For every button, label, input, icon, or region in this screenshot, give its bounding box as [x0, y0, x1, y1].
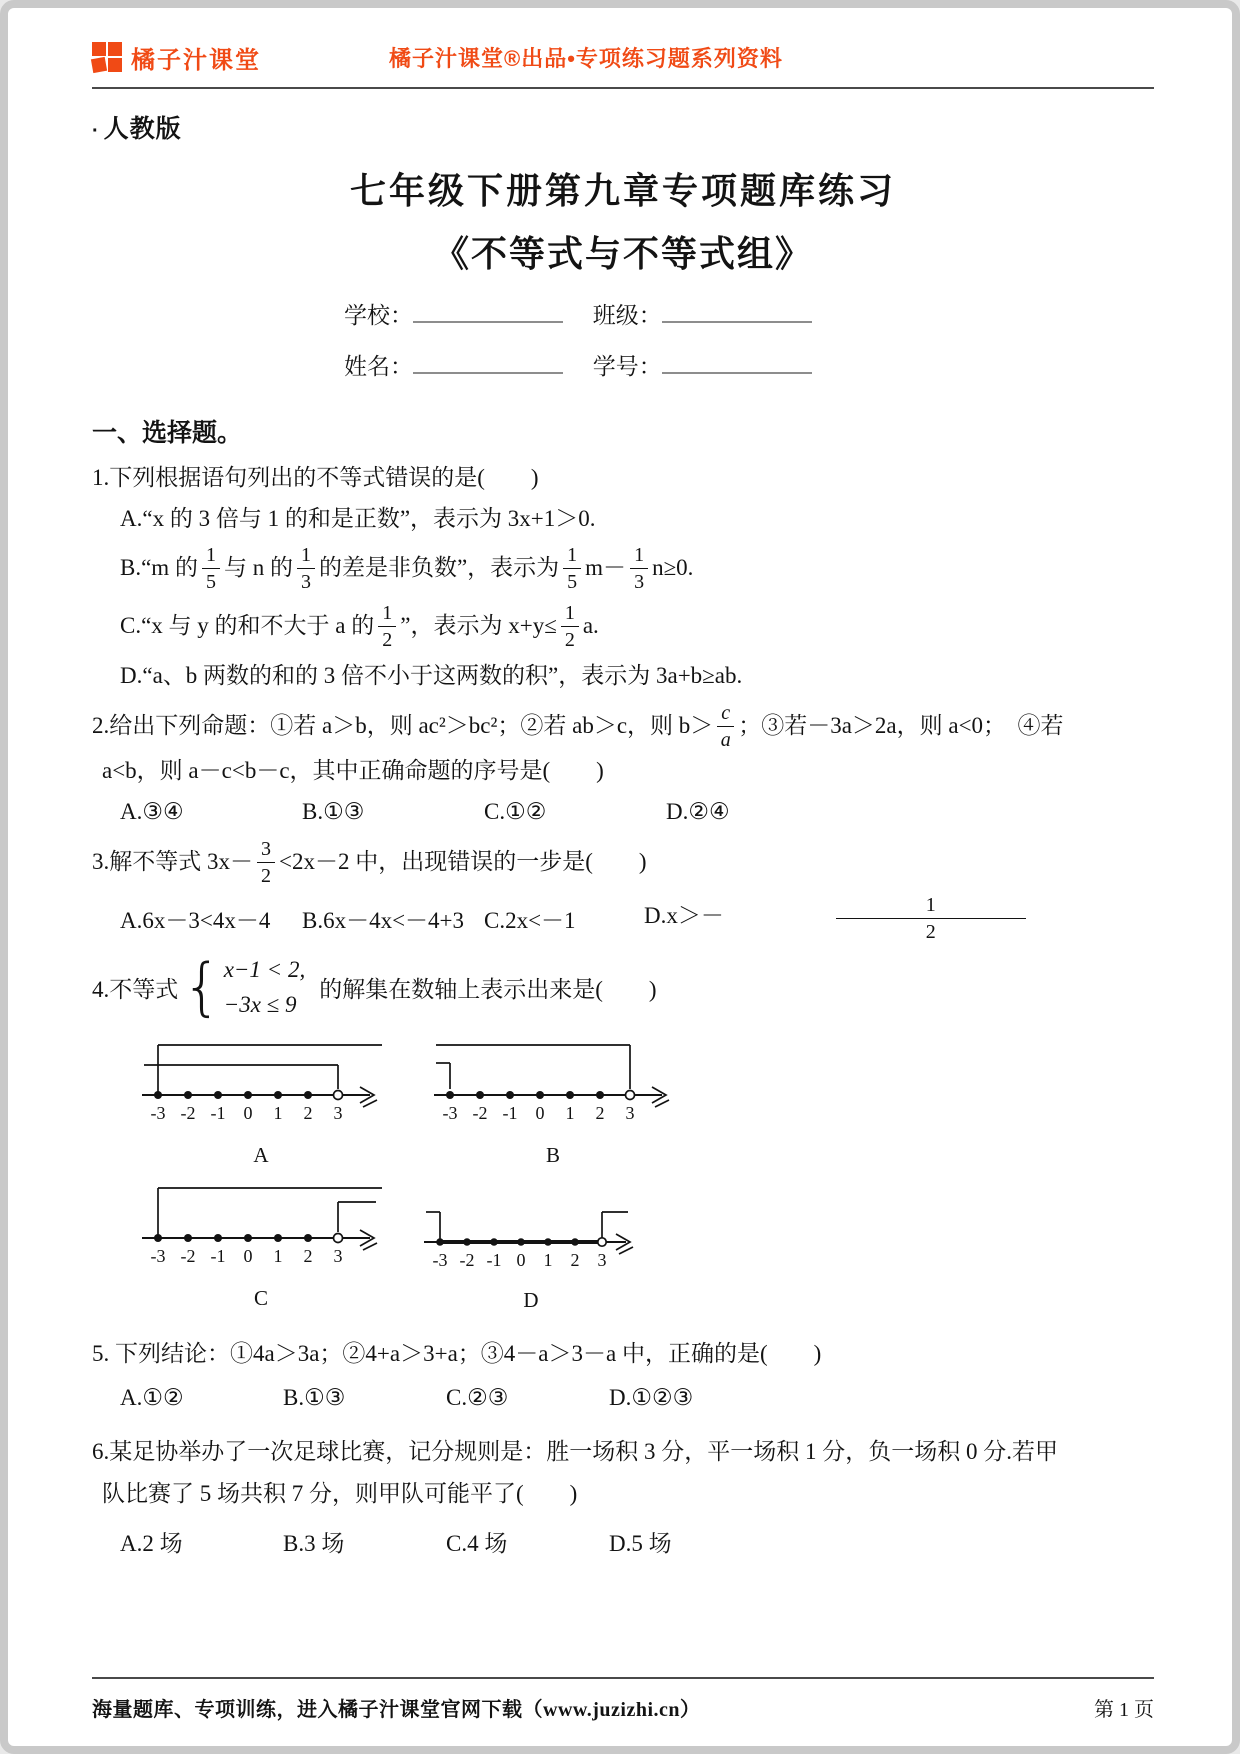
svg-text:2: 2	[304, 1103, 313, 1123]
q1-c-text: a.	[583, 611, 599, 641]
logo-text: 橘子汁课堂	[131, 40, 261, 75]
svg-text:0: 0	[517, 1250, 526, 1270]
page-title: 七年级下册第九章专项题库练习	[92, 163, 1154, 214]
fraction: ca	[717, 703, 734, 750]
edition-text: 人教版	[104, 115, 182, 143]
section-heading: 一、选择题。	[92, 413, 1154, 449]
class-blank-line	[662, 297, 812, 323]
q2-stem-line2: a<b，则 a－c<b－c，其中正确命题的序号是( )	[102, 756, 1154, 786]
svg-text:-3: -3	[151, 1103, 166, 1123]
worksheet-page: 橘子汁课堂 橘子汁课堂®出品•专项练习题系列资料 ·人教版 七年级下册第九章专项…	[0, 0, 1240, 1754]
frac-denominator: a	[717, 727, 734, 750]
diagram-b: -3-2-10123 B	[428, 1033, 678, 1168]
svg-text:1: 1	[274, 1103, 283, 1123]
frac-denominator: 2	[561, 627, 579, 650]
student-info-form: 学校： 班级： 姓名： 学号：	[344, 297, 1154, 381]
fraction: 15	[202, 545, 220, 592]
q3-option-a: A.6x－3<4x－4	[120, 902, 302, 935]
student-id-blank-line	[662, 348, 812, 374]
svg-text:0: 0	[244, 1103, 253, 1123]
class-label: 班级：	[593, 303, 662, 328]
q1-b-text: B.“m 的	[120, 553, 198, 583]
footer-page-number: 第 1 页	[1094, 1693, 1154, 1722]
q3-option-b: B.6x－4x<－4+3	[302, 902, 484, 935]
fraction: 12	[561, 603, 579, 650]
svg-text:-1: -1	[487, 1250, 502, 1270]
frac-numerator: 1	[563, 545, 581, 569]
q3-d-text: D.x＞－	[644, 897, 826, 930]
form-row-2: 姓名： 学号：	[344, 348, 1154, 381]
svg-text:-1: -1	[503, 1103, 518, 1123]
q6-option-a: A.2 场	[120, 1525, 283, 1558]
frac-denominator: 3	[297, 569, 315, 592]
frac-numerator: 1	[630, 545, 648, 569]
svg-text:-2: -2	[181, 1103, 196, 1123]
q4-system-line1: x−1 < 2,	[224, 957, 306, 982]
q3-options: A.6x－3<4x－4B.6x－4x<－4+3C.2x<－1 D.x＞－ 12	[120, 895, 1154, 942]
svg-text:3: 3	[334, 1246, 343, 1266]
q2-options: A.③④B.①③C.①②D.②④	[120, 799, 1154, 825]
form-row-1: 学校： 班级：	[344, 297, 1154, 330]
q1-option-a: A.“x 的 3 倍与 1 的和是正数”，表示为 3x+1＞0.	[120, 504, 1154, 534]
q1-stem: 1.下列根据语句列出的不等式错误的是( )	[92, 463, 1154, 493]
fraction: 13	[630, 545, 648, 592]
frac-numerator: 1	[378, 603, 396, 627]
q4-system-line2: −3x ≤ 9	[224, 992, 297, 1017]
number-line-b: -3-2-10123	[428, 1033, 678, 1137]
fraction: 12	[378, 603, 396, 650]
diagram-label-d: D	[420, 1288, 642, 1313]
number-line-a: -3-2-10123	[136, 1033, 386, 1137]
frac-numerator: 3	[257, 839, 275, 863]
q1-option-d: D.“a、b 两数的和的 3 倍不小于这两数的积”，表示为 3a+b≥ab.	[120, 661, 1154, 691]
q2-option-d: D.②④	[666, 799, 730, 825]
q4-text: 的解集在数轴上表示出来是( )	[319, 971, 656, 1004]
q1-c-text: ”，表示为 x+y≤	[400, 611, 557, 641]
svg-text:-1: -1	[211, 1246, 226, 1266]
q2-text: ；③若－3a＞2a，则 a<0； ④若	[738, 711, 1063, 741]
question-6: 6.某足协举办了一次足球比赛，记分规则是：胜一场积 3 分，平一场积 1 分，负…	[92, 1437, 1154, 1558]
bullet-icon: ·	[92, 120, 100, 142]
svg-text:3: 3	[626, 1103, 635, 1123]
diagram-row-2: -3-2-10123 C -3-2-10123 D	[136, 1176, 1154, 1313]
frac-denominator: 3	[630, 569, 648, 592]
question-3: 3.解不等式 3x－ 32 <2x－2 中，出现错误的一步是( ) A.6x－3…	[92, 839, 1154, 942]
q1-b-text: n≥0.	[652, 553, 693, 583]
q2-option-a: A.③④	[120, 799, 302, 825]
fraction: 15	[563, 545, 581, 592]
school-label: 学校：	[344, 303, 413, 328]
svg-text:3: 3	[334, 1103, 343, 1123]
diagram-label-c: C	[136, 1286, 386, 1311]
svg-text:-2: -2	[181, 1246, 196, 1266]
svg-text:-3: -3	[443, 1103, 458, 1123]
q6-stem-line1: 6.某足协举办了一次足球比赛，记分规则是：胜一场积 3 分，平一场积 1 分，负…	[92, 1437, 1154, 1467]
svg-text:2: 2	[596, 1103, 605, 1123]
q1-c-text: C.“x 与 y 的和不大于 a 的	[120, 611, 374, 641]
svg-text:-1: -1	[211, 1103, 226, 1123]
question-2: 2.给出下列命题：①若 a＞b，则 ac²＞bc²；②若 ab＞c，则 b＞ c…	[92, 703, 1154, 825]
frac-numerator: 1	[836, 895, 1026, 919]
q4-system: x−1 < 2, −3x ≤ 9	[224, 952, 306, 1023]
header-divider	[92, 87, 1154, 89]
svg-text:-2: -2	[473, 1103, 488, 1123]
q3-text: <2x－2 中，出现错误的一步是( )	[279, 847, 647, 877]
q1-b-text: 的差是非负数”，表示为	[319, 553, 559, 583]
q2-text: 2.给出下列命题：①若 a＞b，则 ac²＞bc²；②若 ab＞c，则 b＞	[92, 711, 713, 741]
q6-options: A.2 场B.3 场C.4 场D.5 场	[120, 1525, 1154, 1558]
fraction: 13	[297, 545, 315, 592]
q5-option-a: A.①②	[120, 1385, 283, 1411]
frac-numerator: 1	[561, 603, 579, 627]
fraction: 12	[836, 895, 1026, 942]
q4-stem: 4.不等式 { x−1 < 2, −3x ≤ 9 的解集在数轴上表示出来是( )	[92, 952, 1154, 1023]
frac-denominator: 2	[378, 627, 396, 650]
frac-numerator: 1	[202, 545, 220, 569]
q1-option-b: B.“m 的 15 与 n 的 13 的差是非负数”，表示为 15 m－ 13 …	[120, 545, 1154, 592]
footer: 海量题库、专项训练，进入橘子汁课堂官网下载（www.juzizhi.cn） 第 …	[92, 1677, 1154, 1722]
edition-label: ·人教版	[92, 109, 1154, 145]
frac-denominator: 5	[563, 569, 581, 592]
svg-text:1: 1	[544, 1250, 553, 1270]
svg-text:3: 3	[598, 1250, 607, 1270]
question-4: 4.不等式 { x−1 < 2, −3x ≤ 9 的解集在数轴上表示出来是( )…	[92, 952, 1154, 1313]
diagram-a: -3-2-10123 A	[136, 1033, 386, 1168]
q3-text: 3.解不等式 3x－	[92, 847, 253, 877]
q5-option-b: B.①③	[283, 1385, 446, 1411]
svg-text:2: 2	[571, 1250, 580, 1270]
q6-option-d: D.5 场	[609, 1525, 672, 1558]
brace: {	[182, 959, 221, 1015]
q3-option-d: D.x＞－ 12	[644, 895, 1030, 942]
question-5: 5. 下列结论：①4a＞3a；②4+a＞3+a；③4－a＞3－a 中，正确的是(…	[92, 1339, 1154, 1411]
svg-text:-2: -2	[460, 1250, 475, 1270]
frac-denominator: 5	[202, 569, 220, 592]
svg-text:0: 0	[536, 1103, 545, 1123]
page-subtitle: 《不等式与不等式组》	[92, 226, 1154, 277]
number-line-d: -3-2-10123	[420, 1186, 642, 1282]
school-blank-line	[413, 297, 563, 323]
q6-option-c: C.4 场	[446, 1525, 609, 1558]
q1-option-c: C.“x 与 y 的和不大于 a 的 12 ”，表示为 x+y≤ 12 a.	[120, 603, 1154, 650]
diagram-d: -3-2-10123 D	[420, 1186, 642, 1313]
footer-divider	[92, 1677, 1154, 1679]
q5-options: A.①②B.①③C.②③D.①②③	[120, 1385, 1154, 1411]
q3-option-c: C.2x<－1	[484, 902, 644, 935]
frac-denominator: 2	[257, 863, 275, 886]
header: 橘子汁课堂 橘子汁课堂®出品•专项练习题系列资料	[92, 34, 1154, 80]
q2-stem-line1: 2.给出下列命题：①若 a＞b，则 ac²＞bc²；②若 ab＞c，则 b＞ c…	[92, 703, 1154, 750]
q3-stem: 3.解不等式 3x－ 32 <2x－2 中，出现错误的一步是( )	[92, 839, 1154, 886]
student-id-label: 学号：	[593, 354, 662, 379]
svg-text:2: 2	[304, 1246, 313, 1266]
q5-option-c: C.②③	[446, 1385, 609, 1411]
diagram-label-a: A	[136, 1143, 386, 1168]
q6-option-b: B.3 场	[283, 1525, 446, 1558]
header-banner: 橘子汁课堂®出品•专项练习题系列资料	[389, 42, 783, 73]
fraction: 32	[257, 839, 275, 886]
footer-note: 海量题库、专项训练，进入橘子汁课堂官网下载（www.juzizhi.cn）	[92, 1693, 701, 1722]
q1-b-text: 与 n 的	[224, 553, 293, 583]
q6-stem-line2: 队比赛了 5 场共积 7 分，则甲队可能平了( )	[102, 1479, 1154, 1509]
brand-logo: 橘子汁课堂	[92, 40, 261, 75]
svg-text:1: 1	[274, 1246, 283, 1266]
q5-option-d: D.①②③	[609, 1385, 693, 1411]
frac-denominator: 2	[836, 919, 1026, 942]
q2-option-b: B.①③	[302, 799, 484, 825]
q4-text: 4.不等式	[92, 971, 178, 1004]
diagram-row-1: -3-2-10123 A -3-2-10123 B	[136, 1033, 1154, 1168]
frac-numerator: c	[717, 703, 734, 727]
q2-option-c: C.①②	[484, 799, 666, 825]
svg-text:1: 1	[566, 1103, 575, 1123]
q5-stem: 5. 下列结论：①4a＞3a；②4+a＞3+a；③4－a＞3－a 中，正确的是(…	[92, 1339, 1154, 1369]
name-label: 姓名：	[344, 354, 413, 379]
number-line-c: -3-2-10123	[136, 1176, 386, 1280]
name-blank-line	[413, 348, 563, 374]
diagram-label-b: B	[428, 1143, 678, 1168]
svg-text:-3: -3	[151, 1246, 166, 1266]
svg-text:-3: -3	[433, 1250, 448, 1270]
frac-numerator: 1	[297, 545, 315, 569]
q1-b-text: m－	[585, 553, 626, 583]
diagram-c: -3-2-10123 C	[136, 1176, 386, 1311]
svg-text:0: 0	[244, 1246, 253, 1266]
logo-icon	[92, 41, 124, 73]
question-1: 1.下列根据语句列出的不等式错误的是( ) A.“x 的 3 倍与 1 的和是正…	[92, 463, 1154, 691]
